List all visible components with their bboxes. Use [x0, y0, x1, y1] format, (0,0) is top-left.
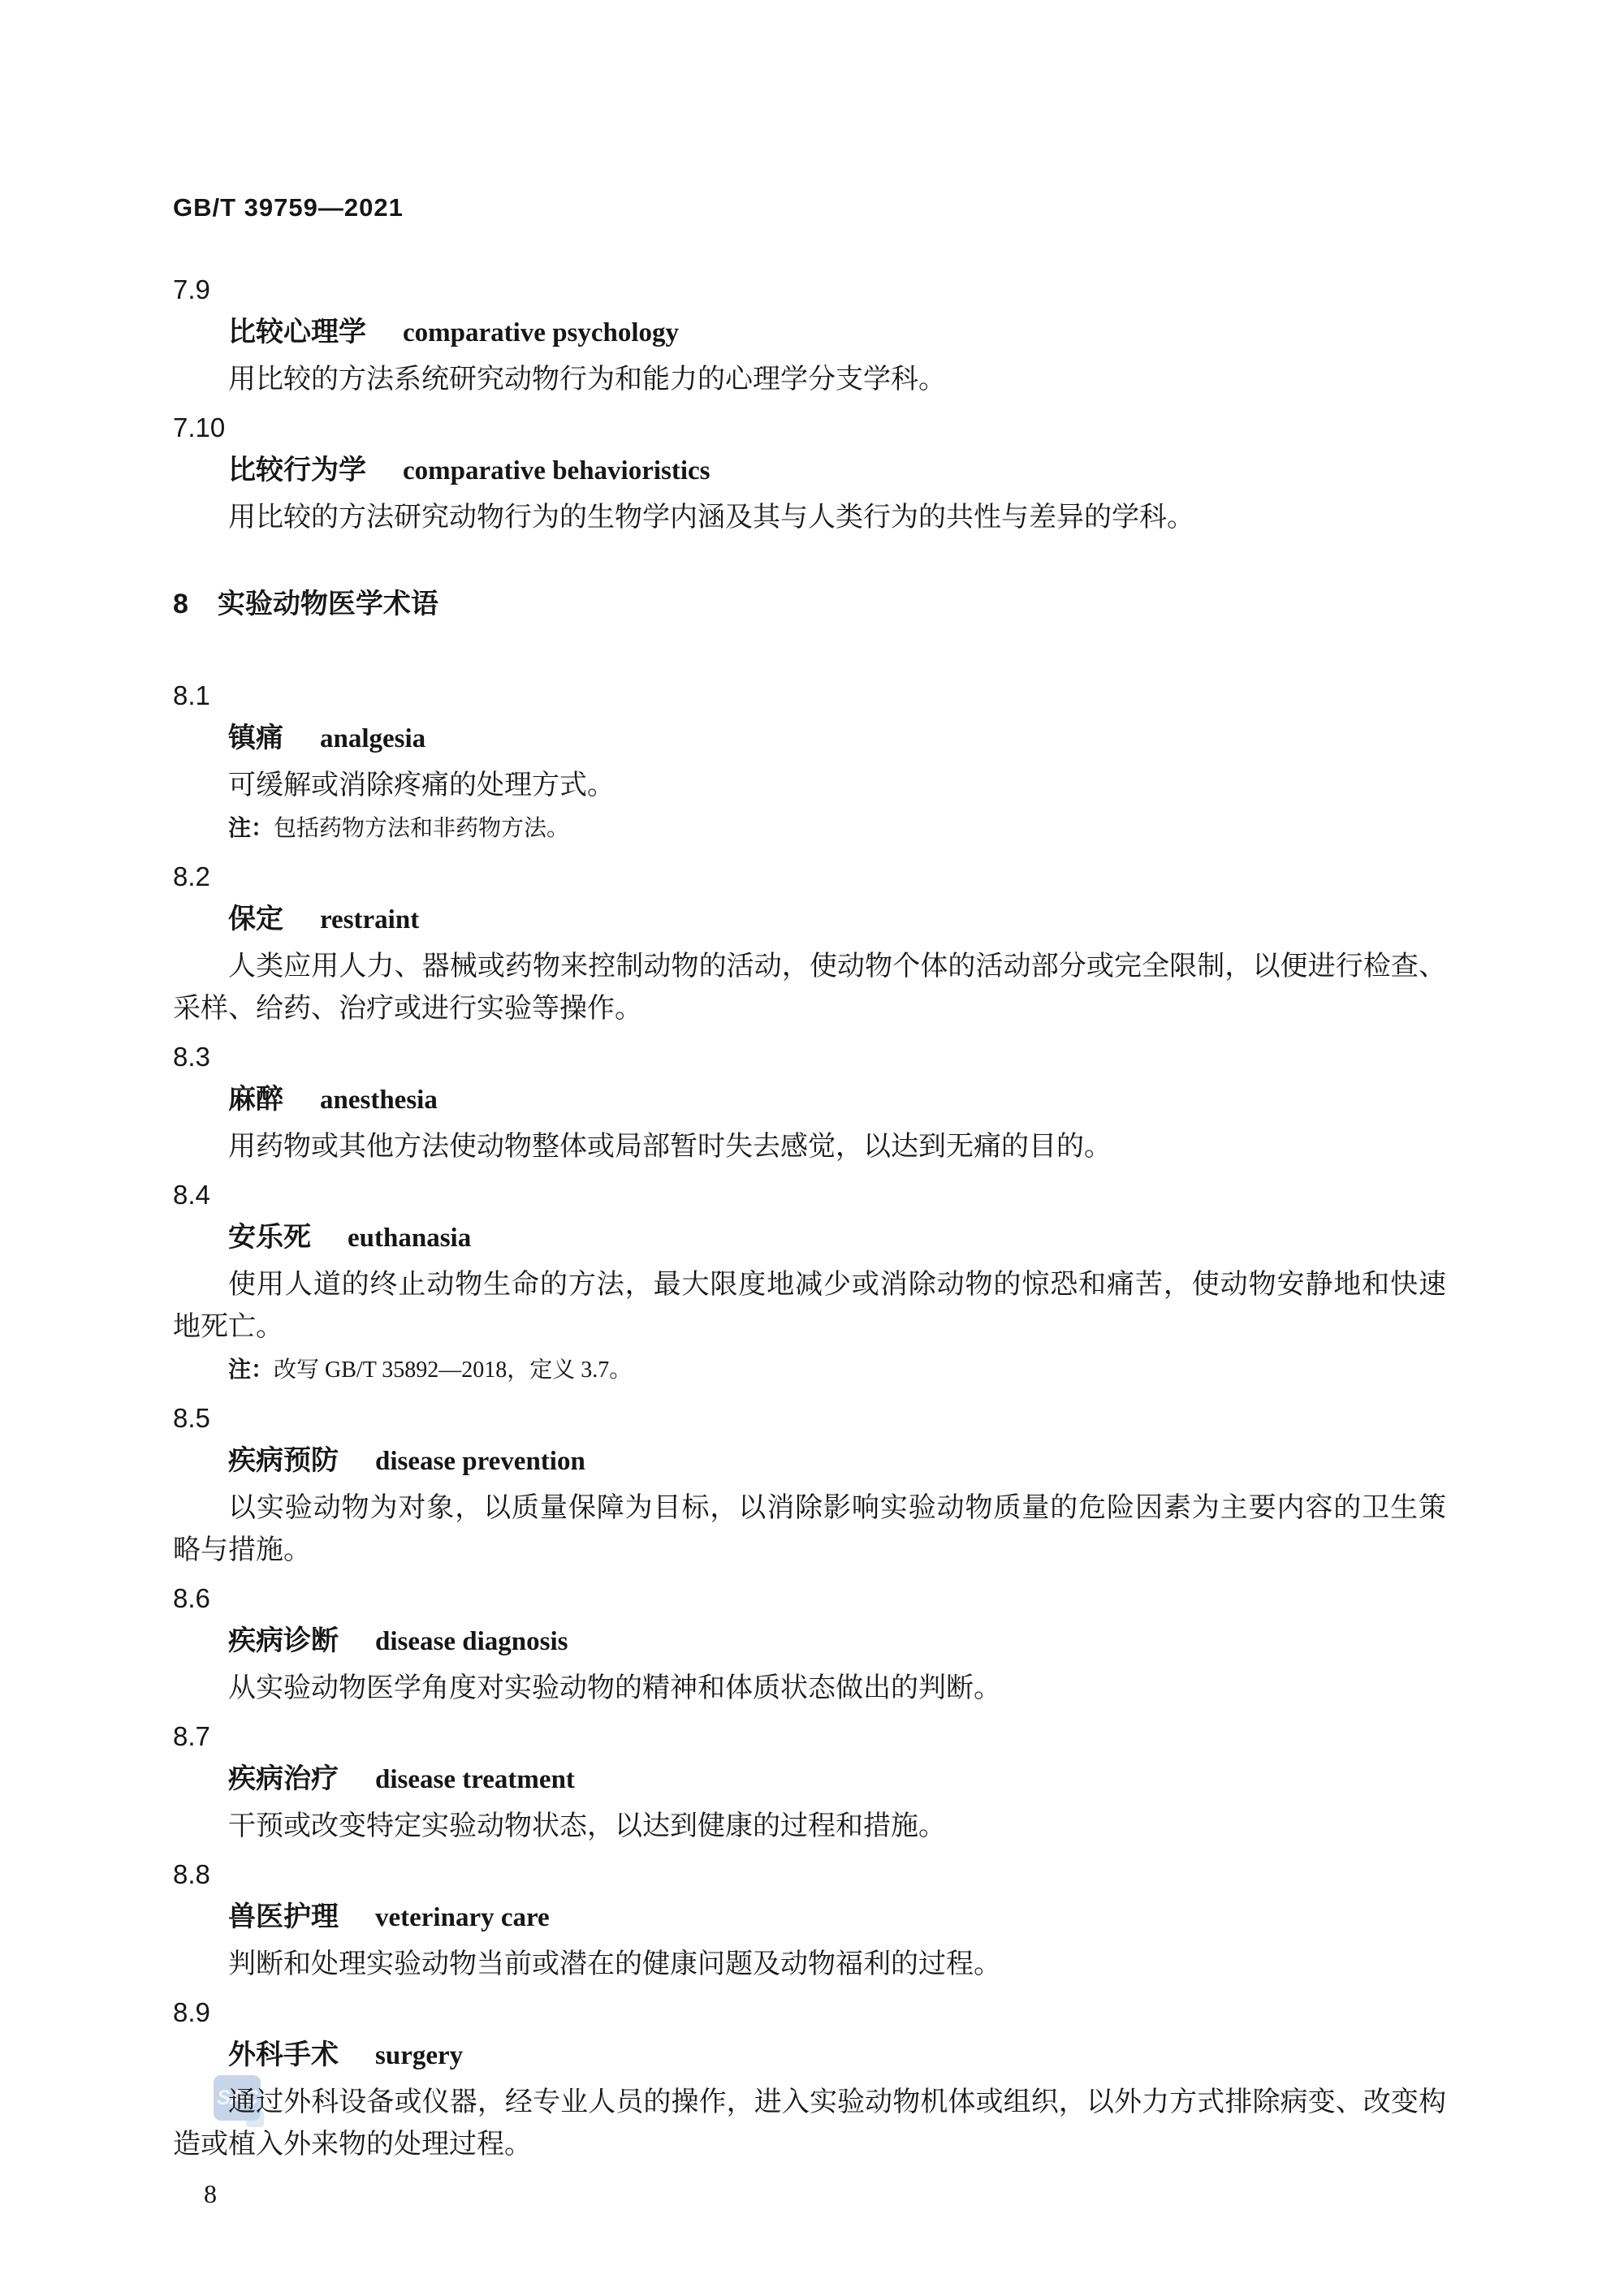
- definition-line: 可缓解或消除疼痛的处理方式。: [173, 765, 1446, 807]
- clause-number: 8.2: [173, 856, 1440, 898]
- definition-line: 用比较的方法研究动物行为的生物学内涵及其与人类行为的共性与差异的学科。: [173, 497, 1446, 539]
- term-zh: 疾病预防: [228, 1445, 339, 1476]
- definition-line: 以实验动物为对象，以质量保障为目标，以消除影响实验动物质量的危险因素为主要内容的…: [173, 1487, 1446, 1530]
- term-zh: 疾病治疗: [228, 1763, 339, 1794]
- term-en: anesthesia: [320, 1085, 438, 1115]
- term-zh: 安乐死: [228, 1222, 311, 1253]
- term-entry: 8.5 疾病预防disease prevention 以实验动物为对象，以质量保…: [173, 1397, 1440, 1572]
- term-line: 麻醉anesthesia: [173, 1078, 1440, 1126]
- term-entry: 8.3 麻醉anesthesia 用药物或其他方法使动物整体或局部暂时失去感觉，…: [173, 1036, 1440, 1168]
- term-zh: 麻醉: [228, 1084, 283, 1115]
- definition-line: 从实验动物医学角度对实验动物的精神和体质状态做出的判断。: [173, 1668, 1446, 1710]
- note-text: 包括药物方法和非药物方法。: [274, 816, 569, 841]
- term-en: surgery: [375, 2041, 463, 2070]
- page-body: 7.9 比较心理学comparative psychology 用比较的方法系统…: [173, 263, 1440, 2215]
- clause-number: 7.9: [173, 269, 1440, 311]
- term-line: 比较行为学comparative behavioristics: [173, 449, 1440, 497]
- definition-line: 通过外科设备或仪器，经专业人员的操作，进入实验动物机体或组织，以外力方式排除病变…: [173, 2082, 1446, 2124]
- chapter-number: 8: [173, 589, 188, 619]
- term-zh: 兽医护理: [228, 1901, 339, 1932]
- note-text: 改写 GB/T 35892—2018，定义 3.7。: [274, 1357, 632, 1383]
- term-entry: 8.6 疾病诊断disease diagnosis 从实验动物医学角度对实验动物…: [173, 1577, 1440, 1710]
- term-line: 兽医护理veterinary care: [173, 1896, 1440, 1944]
- term-entry: 8.9 外科手术surgery 通过外科设备或仪器，经专业人员的操作，进入实验动…: [173, 1992, 1440, 2166]
- term-zh: 镇痛: [228, 723, 283, 753]
- term-line: 疾病治疗disease treatment: [173, 1758, 1440, 1806]
- term-line: 镇痛analgesia: [173, 717, 1440, 765]
- clause-number: 8.6: [173, 1577, 1440, 1620]
- definition-line: 造或植入外来物的处理过程。: [173, 2124, 1446, 2166]
- term-en: comparative psychology: [403, 318, 679, 347]
- term-en: euthanasia: [348, 1224, 471, 1253]
- standard-number-header: GB/T 39759—2021: [173, 193, 404, 222]
- term-zh: 保定: [228, 904, 283, 934]
- term-line: 保定restraint: [173, 898, 1440, 946]
- note-line: 注：包括药物方法和非药物方法。: [173, 807, 1440, 850]
- note-label: 注：: [228, 815, 274, 840]
- clause-number: 8.3: [173, 1036, 1440, 1078]
- term-line: 疾病诊断disease diagnosis: [173, 1620, 1440, 1668]
- term-line: 比较心理学comparative psychology: [173, 311, 1440, 359]
- definition-line: 略与措施。: [173, 1530, 1446, 1572]
- definition-line: 干预或改变特定实验动物状态，以达到健康的过程和措施。: [173, 1806, 1446, 1848]
- definition-line: 判断和处理实验动物当前或潜在的健康问题及动物福利的过程。: [173, 1944, 1446, 1986]
- definition-line: 采样、给药、治疗或进行实验等操作。: [173, 988, 1446, 1030]
- clause-number: 8.9: [173, 1992, 1440, 2034]
- term-entry: 8.4 安乐死euthanasia 使用人道的终止动物生命的方法，最大限度地减少…: [173, 1174, 1440, 1392]
- term-entry: 7.10 比较行为学comparative behavioristics 用比较…: [173, 407, 1440, 539]
- term-line: 疾病预防disease prevention: [173, 1439, 1440, 1487]
- term-en: veterinary care: [375, 1903, 550, 1932]
- term-zh: 比较心理学: [228, 317, 366, 347]
- definition-line: 地死亡。: [173, 1306, 1446, 1349]
- term-en: comparative behavioristics: [403, 456, 710, 486]
- term-zh: 比较行为学: [228, 455, 366, 486]
- term-en: restraint: [320, 905, 419, 934]
- clause-number: 7.10: [173, 407, 1440, 449]
- term-line: 外科手术surgery: [173, 2034, 1440, 2082]
- term-entry: 8.7 疾病治疗disease treatment 干预或改变特定实验动物状态，…: [173, 1716, 1440, 1848]
- term-en: disease prevention: [375, 1447, 585, 1476]
- page-number: 8: [173, 2173, 1440, 2215]
- definition-line: 用药物或其他方法使动物整体或局部暂时失去感觉，以达到无痛的目的。: [173, 1126, 1446, 1168]
- term-entry: 8.1 镇痛analgesia 可缓解或消除疼痛的处理方式。 注：包括药物方法和…: [173, 675, 1440, 850]
- chapter-title: 实验动物医学术语: [218, 589, 438, 619]
- term-zh: 疾病诊断: [228, 1625, 339, 1656]
- term-en: disease diagnosis: [375, 1627, 568, 1656]
- definition-line: 人类应用人力、器械或药物来控制动物的活动，使动物个体的活动部分或完全限制，以便进…: [173, 946, 1446, 988]
- term-entry: 8.2 保定restraint 人类应用人力、器械或药物来控制动物的活动，使动物…: [173, 856, 1440, 1030]
- clause-number: 8.4: [173, 1174, 1440, 1216]
- definition-line: 用比较的方法系统研究动物行为和能力的心理学分支学科。: [173, 359, 1446, 401]
- term-zh: 外科手术: [228, 2039, 339, 2070]
- term-line: 安乐死euthanasia: [173, 1216, 1440, 1264]
- term-entry: 8.8 兽医护理veterinary care 判断和处理实验动物当前或潜在的健…: [173, 1854, 1440, 1986]
- term-en: disease treatment: [375, 1765, 575, 1794]
- clause-number: 8.8: [173, 1854, 1440, 1896]
- clause-number: 8.1: [173, 675, 1440, 717]
- chapter-heading: 8实验动物医学术语: [173, 583, 1440, 625]
- term-entry: 7.9 比较心理学comparative psychology 用比较的方法系统…: [173, 269, 1440, 401]
- clause-number: 8.7: [173, 1716, 1440, 1758]
- note-label: 注：: [228, 1357, 274, 1382]
- term-en: analgesia: [320, 724, 425, 753]
- note-line: 注：改写 GB/T 35892—2018，定义 3.7。: [173, 1349, 1440, 1392]
- definition-line: 使用人道的终止动物生命的方法，最大限度地减少或消除动物的惊恐和痛苦，使动物安静地…: [173, 1264, 1446, 1306]
- document-page: GB/T 39759—2021 SAC 7.9 比较心理学comparative…: [0, 0, 1624, 2296]
- clause-number: 8.5: [173, 1397, 1440, 1439]
